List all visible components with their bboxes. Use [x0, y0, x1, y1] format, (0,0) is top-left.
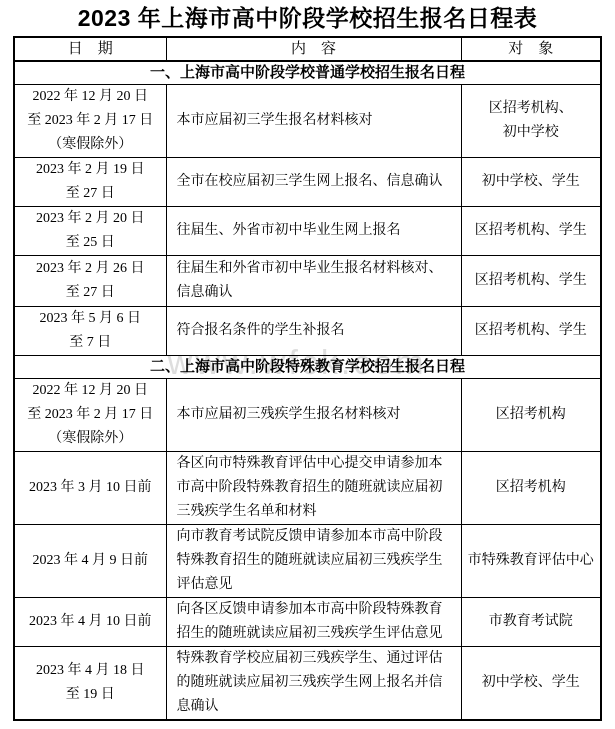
- table-row: 2022 年 12 月 20 日 至 2023 年 2 月 17 日 （寒假除外…: [14, 379, 601, 452]
- date-cell: 2023 年 3 月 10 日前: [14, 452, 166, 525]
- target-cell: 区招考机构、学生: [461, 207, 601, 256]
- target-cell: 区招考机构、学生: [461, 256, 601, 307]
- content-cell: 向各区反馈申请参加本市高中阶段特殊教育招生的随班就读应届初三残疾学生评估意见: [166, 598, 461, 647]
- date-cell: 2023 年 4 月 10 日前: [14, 598, 166, 647]
- target-cell: 区招考机构: [461, 452, 601, 525]
- content-cell: 符合报名条件的学生补报名: [166, 307, 461, 356]
- target-cell: 市教育考试院: [461, 598, 601, 647]
- column-header-target: 对 象: [461, 37, 601, 61]
- table-row: 2023 年 3 月 10 日前 各区向市特殊教育评估中心提交申请参加本市高中阶…: [14, 452, 601, 525]
- date-cell: 2023 年 4 月 9 日前: [14, 525, 166, 598]
- table-row: 2023 年 5 月 6 日 至 7 日 符合报名条件的学生补报名 区招考机构、…: [14, 307, 601, 356]
- table-row: 2023 年 4 月 10 日前 向各区反馈申请参加本市高中阶段特殊教育招生的随…: [14, 598, 601, 647]
- date-cell: 2023 年 4 月 18 日 至 19 日: [14, 647, 166, 721]
- table-row: 2023 年 4 月 18 日 至 19 日 特殊教育学校应届初三残疾学生、通过…: [14, 647, 601, 721]
- page-title: 2023 年上海市高中阶段学校招生报名日程表: [0, 3, 615, 34]
- content-cell: 向市教育考试院反馈申请参加本市高中阶段特殊教育招生的随班就读应届初三残疾学生评估…: [166, 525, 461, 598]
- date-cell: 2022 年 12 月 20 日 至 2023 年 2 月 17 日 （寒假除外…: [14, 379, 166, 452]
- content-cell: 各区向市特殊教育评估中心提交申请参加本市高中阶段特殊教育招生的随班就读应届初三残…: [166, 452, 461, 525]
- table-row: 2023 年 2 月 26 日 至 27 日 往届生和外省市初中毕业生报名材料核…: [14, 256, 601, 307]
- target-cell: 区招考机构、 初中学校: [461, 85, 601, 158]
- date-cell: 2023 年 2 月 26 日 至 27 日: [14, 256, 166, 307]
- target-cell: 初中学校、学生: [461, 158, 601, 207]
- target-cell: 区招考机构: [461, 379, 601, 452]
- table-header-row: 日 期 内 容 对 象: [14, 37, 601, 61]
- schedule-table: 日 期 内 容 对 象 一、上海市高中阶段学校普通学校招生报名日程 2022 年…: [13, 36, 602, 721]
- content-cell: 本市应届初三残疾学生报名材料核对: [166, 379, 461, 452]
- column-header-date: 日 期: [14, 37, 166, 61]
- content-cell: 特殊教育学校应届初三残疾学生、通过评估的随班就读应届初三残疾学生网上报名并信息确…: [166, 647, 461, 721]
- section-header-2: 二、上海市高中阶段特殊教育学校招生报名日程: [14, 356, 601, 379]
- date-cell: 2023 年 5 月 6 日 至 7 日: [14, 307, 166, 356]
- target-cell: 市特殊教育评估中心: [461, 525, 601, 598]
- content-cell: 全市在校应届初三学生网上报名、信息确认: [166, 158, 461, 207]
- page: { "title": "2023 年上海市高中阶段学校招生报名日程表", "wa…: [0, 0, 615, 729]
- section-header-2-label: 二、上海市高中阶段特殊教育学校招生报名日程: [14, 356, 601, 379]
- date-cell: 2023 年 2 月 19 日 至 27 日: [14, 158, 166, 207]
- table-row: 2022 年 12 月 20 日 至 2023 年 2 月 17 日 （寒假除外…: [14, 85, 601, 158]
- target-cell: 初中学校、学生: [461, 647, 601, 721]
- table-row: 2023 年 2 月 20 日 至 25 日 往届生、外省市初中毕业生网上报名 …: [14, 207, 601, 256]
- content-cell: 往届生和外省市初中毕业生报名材料核对、信息确认: [166, 256, 461, 307]
- content-cell: 往届生、外省市初中毕业生网上报名: [166, 207, 461, 256]
- content-cell: 本市应届初三学生报名材料核对: [166, 85, 461, 158]
- table-row: 2023 年 4 月 9 日前 向市教育考试院反馈申请参加本市高中阶段特殊教育招…: [14, 525, 601, 598]
- table-row: 2023 年 2 月 19 日 至 27 日 全市在校应届初三学生网上报名、信息…: [14, 158, 601, 207]
- date-cell: 2023 年 2 月 20 日 至 25 日: [14, 207, 166, 256]
- target-cell: 区招考机构、学生: [461, 307, 601, 356]
- column-header-content: 内 容: [166, 37, 461, 61]
- date-cell: 2022 年 12 月 20 日 至 2023 年 2 月 17 日 （寒假除外…: [14, 85, 166, 158]
- section-header-1-label: 一、上海市高中阶段学校普通学校招生报名日程: [14, 61, 601, 85]
- section-header-1: 一、上海市高中阶段学校普通学校招生报名日程: [14, 61, 601, 85]
